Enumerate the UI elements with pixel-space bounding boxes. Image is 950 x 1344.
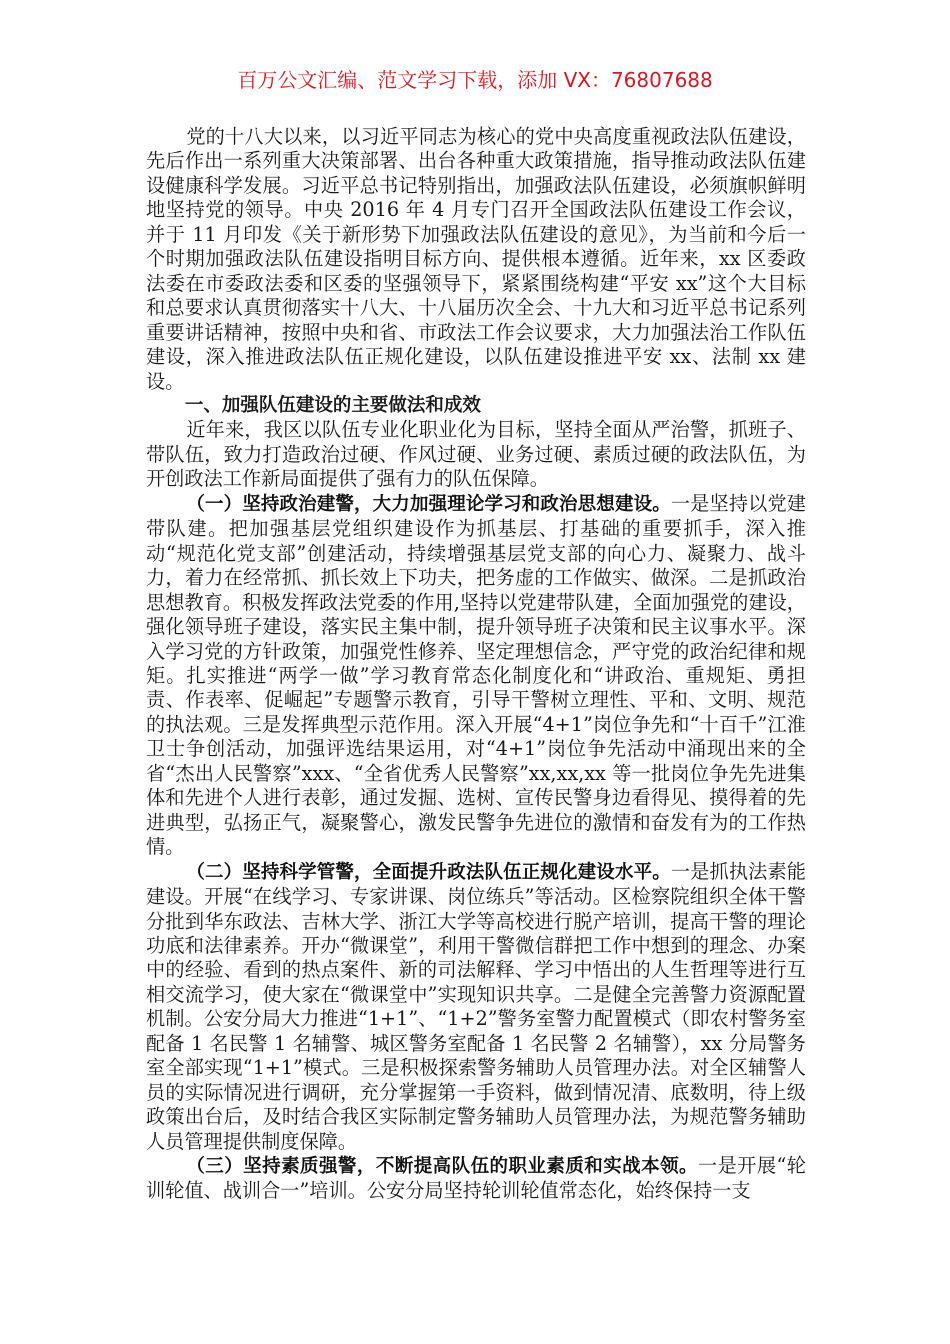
section-1-intro-paragraph: 近年来，我区以队伍专业化职业化为目标，坚持全面从严治警，抓班子、带队伍，致力打造… xyxy=(146,418,806,491)
section-heading-1: 一、加强队伍建设的主要做法和成效 xyxy=(146,394,806,418)
watermark-banner: 百万公文汇编、范文学习下载，添加 VX：76807688 xyxy=(0,66,950,94)
subsection-2-paragraph: （二）坚持科学管警，全面提升政法队伍正规化建设水平。一是抓执法素能建设。开展“在… xyxy=(146,860,806,1154)
subsection-1-body: 一是坚持以党建带队建。把加强基层党组织建设作为抓基层、打基础的重要抓手，深入推动… xyxy=(146,492,806,858)
subsection-2-heading: （二）坚持科学管警，全面提升政法队伍正规化建设水平。 xyxy=(186,862,671,883)
subsection-1-paragraph: （一）坚持政治建警，大力加强理论学习和政治思想建设。一是坚持以党建带队建。把加强… xyxy=(146,492,806,860)
subsection-2-body: 一是抓执法素能建设。开展“在线学习、专家讲课、岗位练兵”等活动。区检察院组织全体… xyxy=(146,860,806,1153)
subsection-3-paragraph: （三）坚持素质强警，不断提高队伍的职业素质和实战本领。一是开展“轮训轮值、战训合… xyxy=(146,1154,806,1204)
document-body: 党的十八大以来，以习近平同志为核心的党中央高度重视政法队伍建设，先后作出一系列重… xyxy=(146,125,806,1204)
subsection-3-heading: （三）坚持素质强警，不断提高队伍的职业素质和实战本领。 xyxy=(186,1156,698,1177)
subsection-1-heading: （一）坚持政治建警，大力加强理论学习和政治思想建设。 xyxy=(186,494,671,515)
intro-paragraph: 党的十八大以来，以习近平同志为核心的党中央高度重视政法队伍建设，先后作出一系列重… xyxy=(146,125,806,394)
